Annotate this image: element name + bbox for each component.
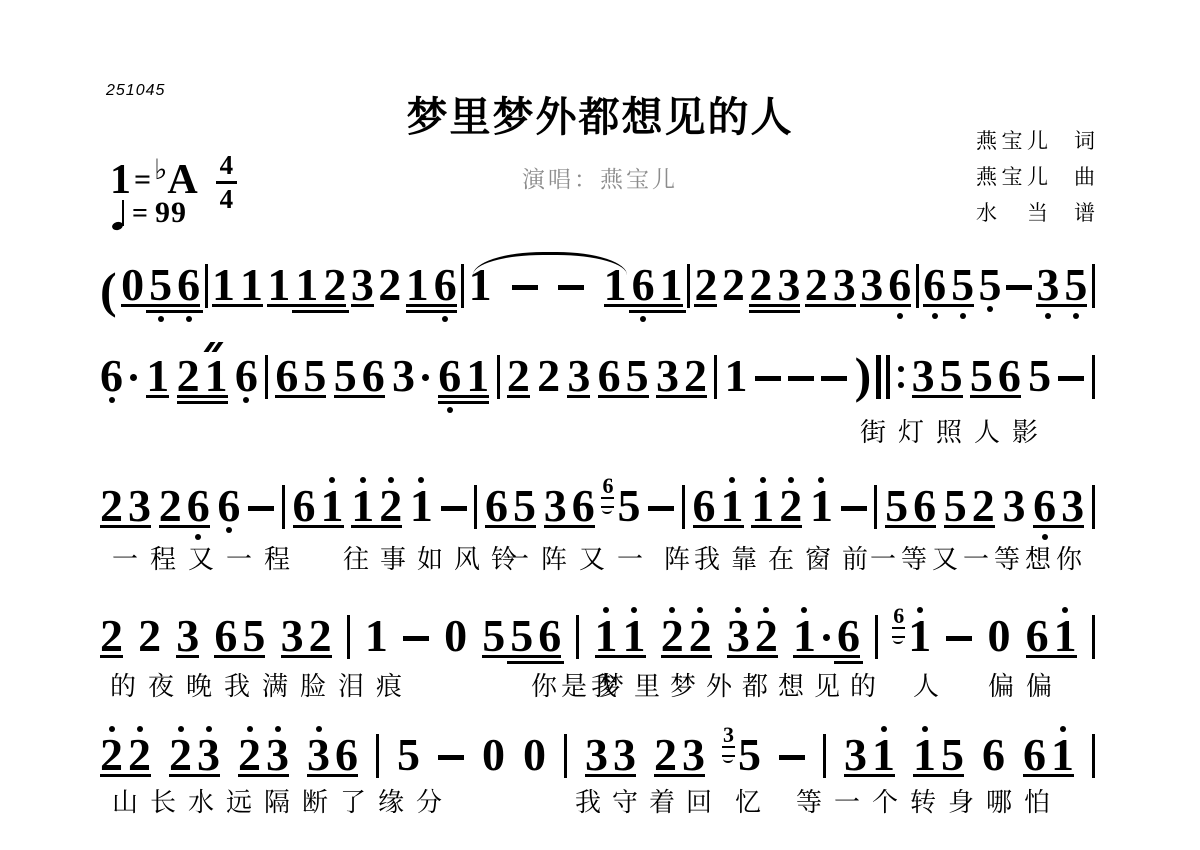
note-digit: 2: [755, 619, 778, 653]
note: 2: [694, 268, 717, 302]
note-group: 2: [537, 359, 560, 407]
note: 6: [362, 359, 385, 393]
eighth-beam: [595, 655, 646, 658]
note-group: 61: [893, 619, 931, 667]
note-group: 23: [238, 738, 289, 786]
barline: [564, 734, 567, 778]
barline: [823, 734, 826, 778]
eighth-beam: [351, 525, 402, 528]
barline: [497, 355, 500, 399]
note: 0: [121, 268, 144, 302]
note: 6: [693, 489, 716, 523]
note: 1: [295, 268, 318, 302]
note-digit: 5: [970, 359, 993, 393]
note-group: 11: [212, 268, 263, 316]
eighth-beam: [406, 304, 457, 307]
note-group: 112: [267, 268, 346, 316]
note-group: 6: [235, 359, 258, 407]
note: 5: [149, 268, 172, 302]
note-digit: 3: [1002, 489, 1025, 523]
note: 5: [397, 738, 420, 772]
note-digit: 5: [482, 619, 505, 653]
note-digit: 3: [176, 619, 199, 653]
octave-dot-low: [226, 527, 232, 533]
note: 5: [513, 489, 536, 523]
note-digit: 5: [149, 268, 172, 302]
note: 1: [205, 359, 228, 393]
note-digit: 6: [1033, 489, 1056, 523]
note-digit: 2: [694, 268, 717, 302]
note: 3: [682, 738, 705, 772]
note-digit: 3: [392, 359, 415, 393]
note-digit: 6: [923, 268, 946, 302]
octave-dot-low: [1073, 313, 1079, 319]
eighth-beam: [281, 655, 332, 658]
octave-dot-high: [697, 607, 703, 613]
note-group: 5: [397, 738, 420, 786]
note-digit: 3: [128, 489, 151, 523]
note-group: 161: [604, 268, 683, 316]
note: 2: [238, 738, 261, 772]
eighth-beam: [1023, 774, 1074, 777]
note-digit: 2: [684, 359, 707, 393]
eighth-beam: [214, 655, 265, 658]
duration-dash: [648, 506, 674, 511]
eighth-beam: [438, 395, 489, 398]
octave-dot-high: [788, 477, 794, 483]
key-tonic: A: [167, 159, 197, 201]
note-group: 65: [275, 359, 326, 407]
note: 6: [982, 738, 1005, 772]
note-group: 23: [749, 268, 800, 316]
octave-dot-low: [1042, 534, 1048, 540]
note: 3: [567, 359, 590, 393]
octave-dot-low: [960, 313, 966, 319]
note-digit: 5: [1064, 268, 1087, 302]
note: 5: [303, 359, 326, 393]
note-group: 65: [923, 268, 974, 316]
note-group: 22: [100, 738, 151, 786]
note-digit: 6: [538, 619, 561, 653]
note-digit: 3: [833, 268, 856, 302]
note-digit: 2: [749, 268, 772, 302]
note-digit: 6: [335, 738, 358, 772]
octave-dot-low: [109, 397, 115, 403]
note-digit: 2: [972, 489, 995, 523]
note: 5: [510, 619, 533, 653]
octave-dot-high: [917, 607, 923, 613]
duration-dash: [438, 755, 464, 760]
barline: [1092, 734, 1095, 778]
note-digit: 5: [979, 268, 1002, 302]
note-digit: 2: [654, 738, 677, 772]
note: 6: [217, 489, 240, 523]
eighth-beam: [844, 774, 895, 777]
note: 6: [837, 619, 860, 653]
note-group: 65: [485, 489, 536, 537]
note-digit: 6: [837, 619, 860, 653]
eighth-beam: [482, 655, 561, 658]
repeat-bar: [876, 355, 881, 399]
note: 1: [604, 268, 627, 302]
note-group: 61: [293, 489, 344, 537]
eighth-beam: [661, 655, 712, 658]
credit-transcriber: 水当 谱: [976, 196, 1095, 232]
note: 2: [779, 489, 802, 523]
note-digit: 3: [860, 268, 883, 302]
note-group: 2: [100, 619, 123, 667]
note: 1: [146, 359, 169, 393]
note: 3: [860, 268, 883, 302]
octave-dot-high: [275, 726, 281, 732]
octave-dot-high: [137, 726, 143, 732]
note: 1: [810, 489, 833, 523]
credit-name: 燕宝儿: [976, 160, 1048, 196]
note-digit: 6: [177, 268, 200, 302]
note-group: 0: [482, 738, 505, 786]
note-digit: 6: [998, 359, 1021, 393]
note: 1: [1054, 619, 1077, 653]
note: 3: [1036, 268, 1059, 302]
note-digit: 2: [309, 619, 332, 653]
note-digit: 2: [779, 489, 802, 523]
credit-lyricist: 燕宝儿 词: [976, 124, 1095, 160]
octave-dot-low: [195, 534, 201, 540]
note: 3: [656, 359, 679, 393]
note-digit: 5: [510, 619, 533, 653]
note-digit: 5: [951, 268, 974, 302]
eighth-beam: [694, 304, 717, 307]
eighth-beam: [100, 774, 151, 777]
note-group: 0: [444, 619, 467, 667]
note: 0: [482, 738, 505, 772]
note-group: 56: [334, 359, 385, 407]
note-group: 65: [598, 359, 649, 407]
eighth-beam: [121, 304, 200, 307]
lyric-phrase: 人: [913, 672, 939, 700]
note-group: 3: [1002, 489, 1025, 537]
note: 2: [537, 359, 560, 393]
lyric-phrase: 梦里梦外都想见的: [598, 672, 886, 700]
eighth-beam: [485, 525, 536, 528]
lyric-phrase: 的夜晚我满脸泪痕: [110, 672, 414, 700]
note: 1: [872, 738, 895, 772]
tempo-marking: = 99: [112, 196, 187, 230]
note: 5: [482, 619, 505, 653]
note-digit: 6: [438, 359, 461, 393]
note-digit: 5: [513, 489, 536, 523]
note-group: 056: [121, 268, 200, 316]
notation-line: 2236532105561122321661061: [100, 597, 1095, 667]
note-group: 61: [438, 359, 489, 407]
note: 2: [379, 489, 402, 523]
note-digit: 3: [544, 489, 567, 523]
note-digit: 6: [434, 268, 457, 302]
lyric-phrase: 街灯照人影: [860, 418, 1050, 446]
lyric-phrase: 我守着回: [575, 788, 723, 816]
note-digit: 1: [351, 489, 374, 523]
lyric-line: 山长水远隔断了缘分我守着回忆等一个转身哪怕: [0, 788, 1200, 818]
note-group: 2: [694, 268, 717, 316]
note: 2: [100, 489, 123, 523]
note-digit: 6: [275, 359, 298, 393]
note-group: 65: [214, 619, 265, 667]
duration-dash: [821, 376, 847, 381]
barline: [874, 485, 877, 529]
octave-dot-high: [1060, 726, 1066, 732]
eighth-beam: [212, 304, 263, 307]
barline: [282, 485, 285, 529]
note: 3: [266, 738, 289, 772]
note: 0: [523, 738, 546, 772]
note: 1: [721, 489, 744, 523]
note-digit: 5: [944, 489, 967, 523]
note: 3: [912, 359, 935, 393]
octave-dot-low: [186, 316, 192, 322]
note-digit: 1: [908, 619, 931, 653]
note-digit: 1: [751, 489, 774, 523]
note: 2: [159, 489, 182, 523]
note-digit: 6: [572, 489, 595, 523]
note: 3: [392, 359, 415, 393]
note: 6: [572, 489, 595, 523]
note: 2: [378, 268, 401, 302]
barline: [1092, 264, 1095, 308]
note-group: 61: [1023, 738, 1074, 786]
eighth-beam: [238, 774, 289, 777]
note-group: 11: [595, 619, 646, 667]
note: 3: [613, 738, 636, 772]
note-digit: 1: [872, 738, 895, 772]
note: 3: [1002, 489, 1025, 523]
note-digit: 0: [444, 619, 467, 653]
note-group: 3: [567, 359, 590, 407]
repeat-dot: [898, 382, 904, 388]
barline: [687, 264, 690, 308]
note-group: 3: [392, 359, 431, 407]
sixteenth-beam: [292, 310, 321, 313]
note: 3: [128, 489, 151, 523]
credit-role: 谱: [1074, 196, 1095, 232]
eighth-beam: [159, 525, 210, 528]
note: 6: [177, 268, 200, 302]
note: 1: [406, 268, 429, 302]
note: 6: [100, 359, 123, 393]
note: 5: [941, 738, 964, 772]
note-group: 15: [913, 738, 964, 786]
note-digit: 1: [793, 619, 816, 653]
lyric-phrase: 一阵又一: [503, 545, 655, 573]
note-digit: 6: [362, 359, 385, 393]
note: 1: [240, 268, 263, 302]
note: 5: [979, 268, 1002, 302]
eighth-beam: [100, 655, 123, 658]
note: 3: [197, 738, 220, 772]
note: 5: [334, 359, 357, 393]
note-group: 0: [988, 619, 1011, 667]
octave-dot-low: [442, 316, 448, 322]
eighth-beam: [177, 395, 228, 398]
note: 5: [940, 359, 963, 393]
eighth-beam: [1036, 304, 1087, 307]
eighth-beam: [923, 304, 974, 307]
note-digit: 5: [303, 359, 326, 393]
octave-dot-high: [206, 726, 212, 732]
note: 2: [654, 738, 677, 772]
sixteenth-beam: [535, 661, 564, 664]
note-group: 36: [860, 268, 911, 316]
note-group: 23: [169, 738, 220, 786]
note: 2: [722, 268, 745, 302]
octave-dot-high: [418, 477, 424, 483]
barline: [205, 264, 208, 308]
note: 2: [323, 268, 346, 302]
eighth-beam: [805, 304, 856, 307]
eighth-beam: [793, 655, 860, 658]
note: 2: [128, 738, 151, 772]
eighth-beam: [275, 395, 326, 398]
note: 2: [755, 619, 778, 653]
barline: [916, 264, 919, 308]
note: 2: [169, 738, 192, 772]
octave-dot-low: [987, 306, 993, 312]
note-group: 36: [544, 489, 595, 537]
note: 1: [793, 619, 816, 653]
note-group: 1: [146, 359, 169, 407]
note-group: 3: [351, 268, 374, 316]
sixteenth-beam: [146, 310, 175, 313]
note-digit: 3: [567, 359, 590, 393]
augmentation-dot: [823, 634, 830, 641]
eighth-beam: [100, 525, 151, 528]
note: 5: [951, 268, 974, 302]
note-digit: 2: [805, 268, 828, 302]
sixteenth-beam: [657, 310, 686, 313]
note-group: 35: [1036, 268, 1087, 316]
note-digit: 1: [321, 489, 344, 523]
note-digit: 6: [217, 489, 240, 523]
note: 3: [585, 738, 608, 772]
sheet-music-page: 251045 梦里梦外都想见的人 演唱：燕宝儿 燕宝儿 词 燕宝儿 曲 水当 谱…: [0, 0, 1200, 850]
lyric-phrase: 我靠在窗前: [694, 545, 879, 573]
octave-dot-high: [1062, 607, 1068, 613]
note-group: 23: [654, 738, 705, 786]
note-group: 32: [727, 619, 778, 667]
note: 6: [235, 359, 258, 393]
note-digit: 5: [626, 359, 649, 393]
note-group: 556: [482, 619, 561, 667]
grace-note: 6: [893, 605, 904, 627]
credit-name: 水当: [976, 196, 1048, 232]
octave-dot-low: [897, 313, 903, 319]
note: 1: [212, 268, 235, 302]
note: 1: [913, 738, 936, 772]
eighth-beam: [727, 655, 778, 658]
augmentation-dot: [130, 374, 137, 381]
note: 1: [660, 268, 683, 302]
note-digit: 6: [187, 489, 210, 523]
note-digit: 1: [1051, 738, 1074, 772]
note-group: 0: [523, 738, 546, 786]
notation-line: 222323365003323353115661: [100, 716, 1095, 786]
open-paren: (: [100, 268, 117, 312]
duration-dash: [755, 376, 781, 381]
note-digit: 2: [100, 738, 123, 772]
octave-dot-high: [178, 726, 184, 732]
eighth-beam: [567, 395, 590, 398]
note: 6: [598, 359, 621, 393]
note: 3: [307, 738, 330, 772]
lyric-phrase: 忆: [735, 788, 761, 816]
note-digit: 3: [197, 738, 220, 772]
note: 6: [438, 359, 461, 393]
octave-dot-low: [1045, 313, 1051, 319]
lyric-phrase: 往事如风铃: [343, 545, 528, 573]
mordent-icon: [206, 342, 222, 352]
note: 1: [466, 359, 489, 393]
note: 2: [100, 738, 123, 772]
eighth-beam: [1033, 525, 1084, 528]
eighth-beam: [544, 525, 595, 528]
note-group: 32: [656, 359, 707, 407]
note: 35: [723, 738, 761, 772]
note-digit: 3: [682, 738, 705, 772]
tempo-equals: =: [132, 198, 148, 230]
sixteenth-beam: [749, 310, 800, 313]
quarter-note-icon: [112, 200, 125, 230]
note: 6: [1023, 738, 1046, 772]
credit-name: 燕宝儿: [976, 124, 1048, 160]
eighth-beam: [1026, 655, 1077, 658]
duration-dash: [512, 285, 538, 290]
note-digit: 2: [177, 359, 200, 393]
barline: [265, 355, 268, 399]
eighth-beam: [507, 395, 530, 398]
note-group: 16: [406, 268, 457, 316]
note: 1: [267, 268, 290, 302]
note-digit: 3: [281, 619, 304, 653]
note: 2: [805, 268, 828, 302]
note-digit: 1: [595, 619, 618, 653]
note-digit: 2: [159, 489, 182, 523]
eighth-beam: [913, 774, 964, 777]
note: 3: [176, 619, 199, 653]
note-digit: 1: [295, 268, 318, 302]
note: 0: [444, 619, 467, 653]
note: 6: [923, 268, 946, 302]
note-digit: 2: [323, 268, 346, 302]
duration-dash: [946, 636, 972, 641]
note-group: 63: [1033, 489, 1084, 537]
octave-dot-high: [109, 726, 115, 732]
note: 3: [727, 619, 750, 653]
note: 2: [661, 619, 684, 653]
note-digit: 6: [693, 489, 716, 523]
grace-note: 3: [723, 724, 734, 746]
barline: [474, 485, 477, 529]
note-digit: 3: [1061, 489, 1084, 523]
note: 2: [177, 359, 200, 393]
note-digit: 2: [537, 359, 560, 393]
eighth-beam: [885, 525, 936, 528]
note-group: 21: [177, 359, 228, 407]
eighth-beam: [598, 395, 649, 398]
barline: [875, 615, 878, 659]
note-group: 16: [793, 619, 860, 667]
note: 0: [988, 619, 1011, 653]
note-digit: 5: [397, 738, 420, 772]
lyric-phrase: 偏偏: [988, 672, 1064, 700]
